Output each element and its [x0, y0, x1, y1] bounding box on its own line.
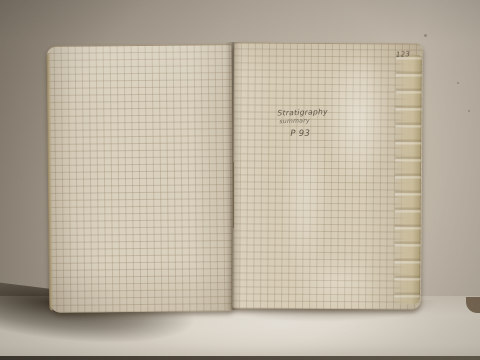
gutter-stitch-line — [233, 162, 234, 228]
open-notebook: 123 Stratigraphy summary P 93 — [46, 40, 424, 314]
wall-speck — [457, 82, 459, 84]
left-page-edge-stack — [47, 53, 54, 311]
left-page-shading — [47, 45, 235, 313]
photo-background: 123 Stratigraphy summary P 93 — [0, 0, 480, 360]
right-page-edge-stack — [394, 54, 422, 304]
wall-speck — [424, 34, 427, 37]
handwritten-note-line1: Stratigraphy — [277, 107, 328, 117]
notebook-left-page — [47, 44, 235, 313]
handwritten-page-number: 123 — [396, 50, 411, 59]
wall-speck — [468, 110, 470, 112]
handwritten-note-line2: summary — [279, 117, 310, 125]
handwritten-note-line3: P 93 — [290, 129, 310, 139]
notebook-right-page: 123 Stratigraphy summary P 93 — [232, 42, 423, 309]
table-front-edge — [0, 356, 480, 360]
